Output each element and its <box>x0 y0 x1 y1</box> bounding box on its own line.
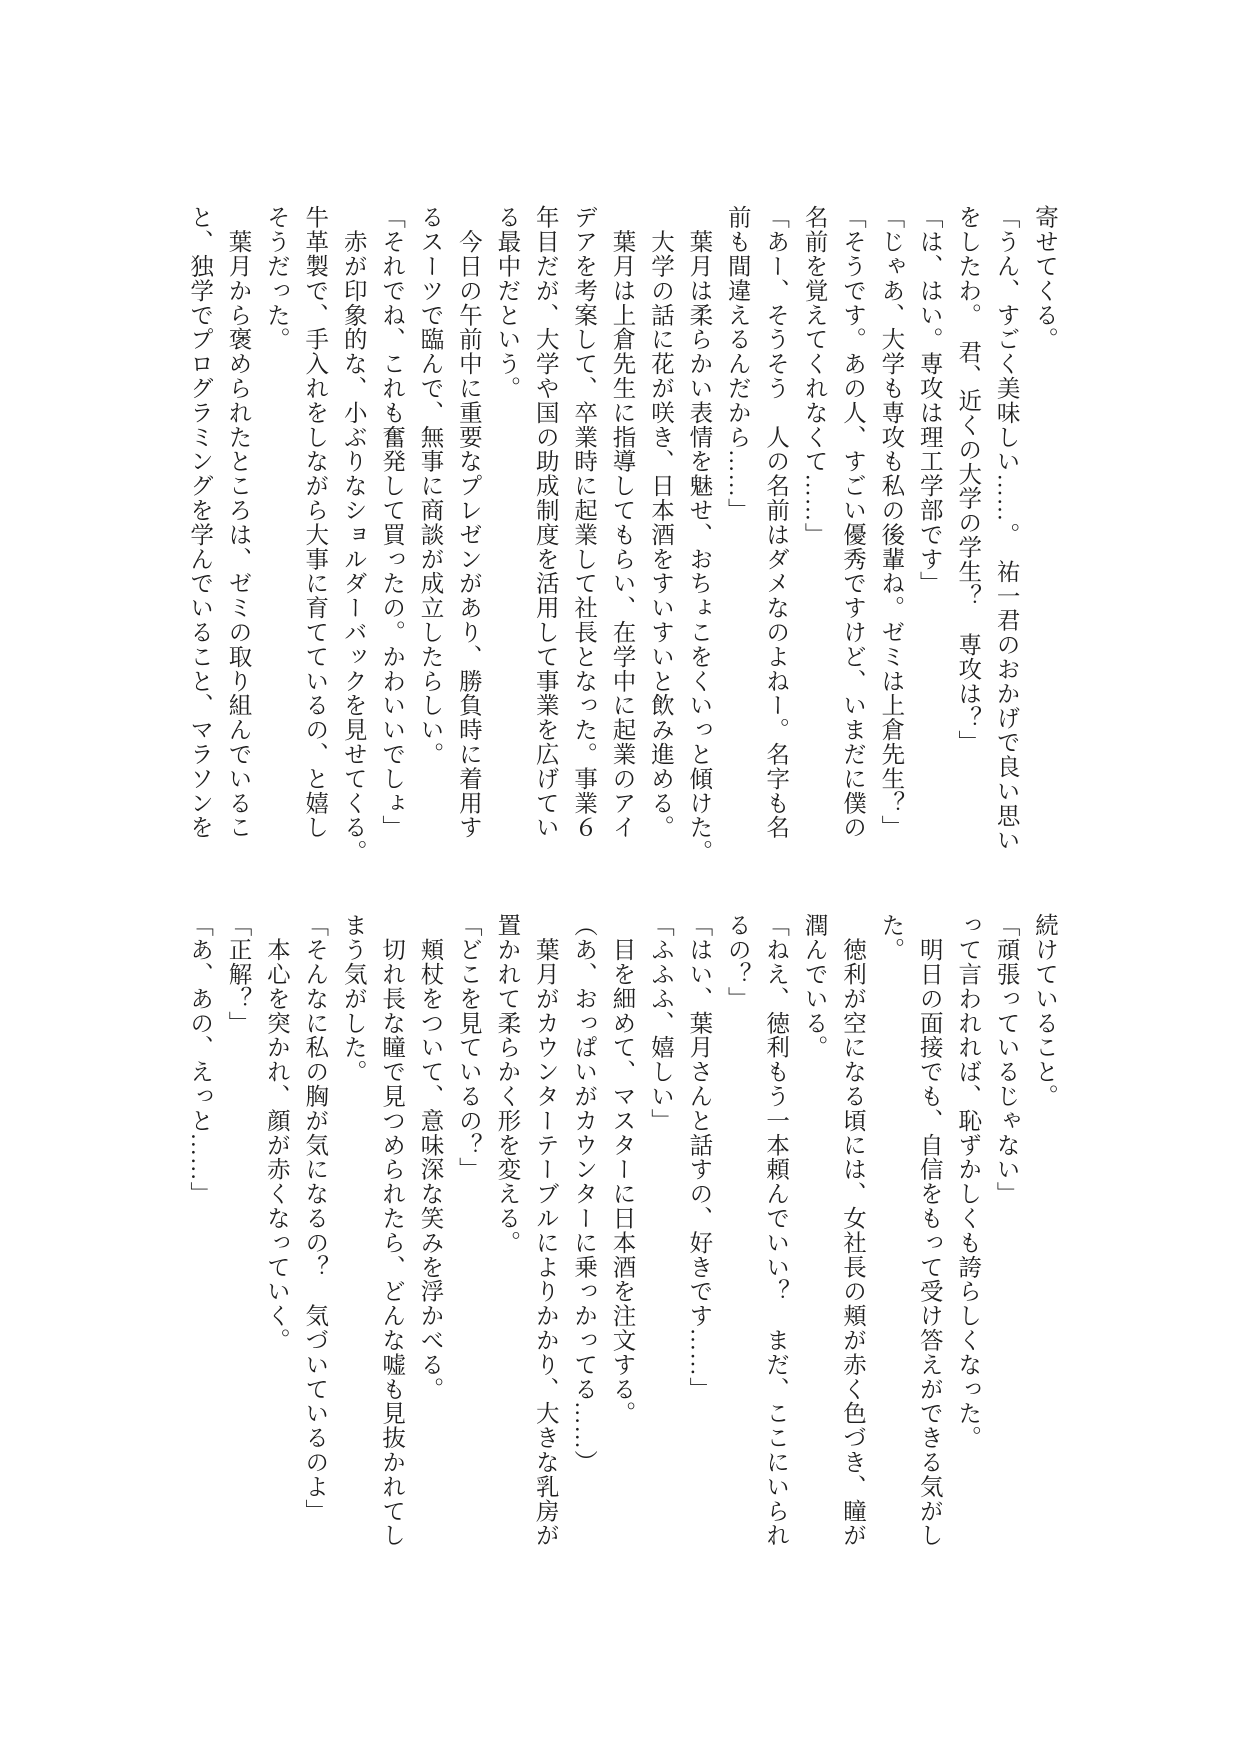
text-line: デアを考案して、卒業時に起業して社長となった。事業６ <box>564 205 602 873</box>
text-line: 牛革製で、手入れをしながら大事に育てているの、と嬉し <box>295 205 333 873</box>
text-block-upper: 寄せてくる。「うん、すごく美味しい……。 祐一君のおかげで良い思いをしたわ。 君… <box>180 205 1063 873</box>
text-line: 前も間違えるんだから……」 <box>717 205 755 873</box>
text-line: 本心を突かれ、顔が赤くなっていく。 <box>256 913 294 1581</box>
text-line: 「そうです。あの人、すごい優秀ですけど、いまだに僕の <box>833 205 871 873</box>
novel-page: 寄せてくる。「うん、すごく美味しい……。 祐一君のおかげで良い思いをしたわ。 君… <box>0 0 1241 1755</box>
text-line: 「正解？」 <box>218 913 256 1581</box>
text-line: 切れ長な瞳で見つめられたら、どんな嘘も見抜かれてし <box>372 913 410 1581</box>
text-line: と、独学でプログラミングを学んでいること、マラソンを <box>180 205 218 873</box>
text-line: 「どこを見ているの？」 <box>449 913 487 1581</box>
text-line: 「ふふふ、嬉しい」 <box>641 913 679 1581</box>
text-line: 「頑張っているじゃない」 <box>986 913 1024 1581</box>
text-line: 「そんなに私の胸が気になるの？ 気づいているのよ」 <box>295 913 333 1581</box>
text-line: って言われれば、恥ずかしくも誇らしくなった。 <box>948 913 986 1581</box>
text-line: 寄せてくる。 <box>1025 205 1063 873</box>
text-line: をしたわ。 君、近くの大学の学生？ 専攻は？」 <box>948 205 986 873</box>
text-line: 頬杖をついて、意味深な笑みを浮かべる。 <box>410 913 448 1581</box>
text-line: 「あ、あの、えっと……」 <box>180 913 218 1581</box>
text-line: 葉月から褒められたところは、ゼミの取り組んでいるこ <box>218 205 256 873</box>
text-line: るスーツで臨んで、無事に商談が成立したらしい。 <box>410 205 448 873</box>
text-line: 大学の話に花が咲き、日本酒をすいすいと飲み進める。 <box>641 205 679 873</box>
text-line: 今日の午前中に重要なプレゼンがあり、勝負時に着用す <box>449 205 487 873</box>
text-line: 「は、はい。専攻は理工学部です」 <box>909 205 947 873</box>
text-line: 続けていること。 <box>1025 913 1063 1581</box>
text-line: 年目だが、大学や国の助成制度を活用して事業を広げてい <box>525 205 563 873</box>
text-line: 明日の面接でも、自信をもって受け答えができる気がし <box>909 913 947 1581</box>
text-line: 置かれて柔らかく形を変える。 <box>487 913 525 1581</box>
text-line: 「あー、そうそう 人の名前はダメなのよねー。名字も名 <box>756 205 794 873</box>
text-line: る最中だという。 <box>487 205 525 873</box>
text-line: 葉月は上倉先生に指導してもらい、在学中に起業のアイ <box>602 205 640 873</box>
text-line: 「それでね、これも奮発して買ったの。かわいいでしょ」 <box>372 205 410 873</box>
text-line: 葉月がカウンターテーブルによりかかり、大きな乳房が <box>525 913 563 1581</box>
text-line: 赤が印象的な、小ぶりなショルダーバックを見せてくる。 <box>333 205 371 873</box>
text-line: まう気がした。 <box>333 913 371 1581</box>
text-line: るの？」 <box>717 913 755 1581</box>
text-line: 目を細めて、マスターに日本酒を注文する。 <box>602 913 640 1581</box>
text-line: （あ、おっぱいがカウンターに乗っかってる……） <box>564 913 602 1581</box>
text-line: 「はい、葉月さんと話すの、好きです……」 <box>679 913 717 1581</box>
text-line: 名前を覚えてくれなくて……」 <box>794 205 832 873</box>
text-line: そうだった。 <box>256 205 294 873</box>
text-line: 「うん、すごく美味しい……。 祐一君のおかげで良い思い <box>986 205 1024 873</box>
text-line: 徳利が空になる頃には、女社長の頬が赤く色づき、瞳が <box>833 913 871 1581</box>
text-line: 「じゃあ、大学も専攻も私の後輩ね。ゼミは上倉先生？」 <box>871 205 909 873</box>
text-line: 「ねえ、徳利もう一本頼んでいい？ まだ、ここにいられ <box>756 913 794 1581</box>
text-line: 潤んでいる。 <box>794 913 832 1581</box>
text-block-lower: 続けていること。「頑張っているじゃない」って言われれば、恥ずかしくも誇らしくなっ… <box>180 913 1063 1581</box>
text-line: た。 <box>871 913 909 1581</box>
text-line: 葉月は柔らかい表情を魅せ、おちょこをくいっと傾けた。 <box>679 205 717 873</box>
